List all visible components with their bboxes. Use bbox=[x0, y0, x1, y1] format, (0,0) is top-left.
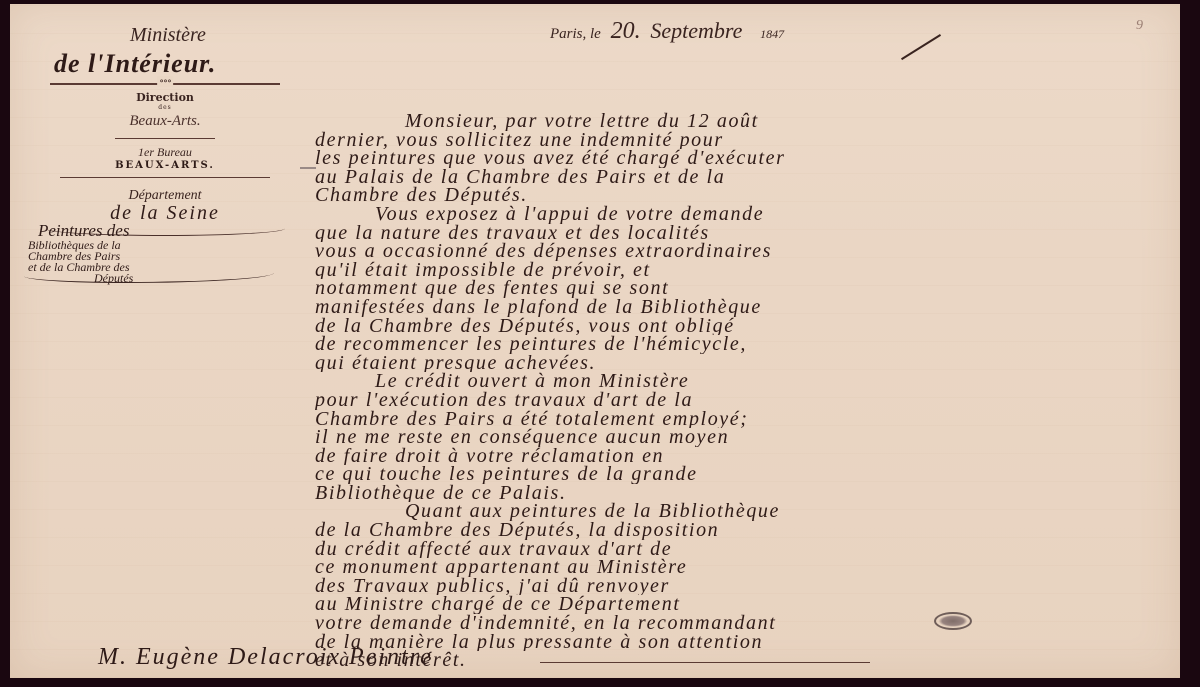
direction-label: Direction bbox=[30, 91, 300, 104]
body-line: ce monument appartenant au Ministère bbox=[315, 558, 1175, 577]
addressee: M. Eugène Delacroix Peintre bbox=[98, 644, 433, 671]
body-line: au Ministre chargé de ce Département bbox=[315, 595, 1175, 614]
body-line: les peintures que vous avez été chargé d… bbox=[315, 149, 1175, 168]
document-frame: Ministère de l'Intérieur. Direction des … bbox=[0, 0, 1200, 687]
date-day: 20. bbox=[611, 18, 641, 44]
letter-body: Monsieur, par votre lettre du 12 août de… bbox=[315, 112, 1175, 670]
des-label: des bbox=[30, 104, 300, 111]
body-line: et à son intérêt. bbox=[315, 651, 1175, 670]
body-line: votre demande d'indemnité, en la recomma… bbox=[315, 614, 1175, 633]
body-line: notamment que des fentes qui se sont bbox=[315, 279, 1175, 298]
body-line: pour l'exécution des travaux d'art de la bbox=[315, 391, 1175, 410]
date-place: Paris, le bbox=[550, 26, 601, 42]
body-line: de recommencer les peintures de l'hémicy… bbox=[315, 335, 1175, 354]
ministry-line-2: de l'Intérieur. bbox=[30, 49, 300, 79]
bureau-name: BEAUX-ARTS. bbox=[30, 160, 300, 171]
divider-rule-2 bbox=[60, 177, 270, 178]
folio-number: 9 bbox=[1136, 18, 1143, 34]
body-line: au Palais de la Chambre des Pairs et de … bbox=[315, 168, 1175, 187]
ornate-rule bbox=[50, 83, 280, 85]
body-line: Vous exposez à l'appui de votre demande bbox=[315, 205, 1175, 224]
body-line: dernier, vous sollicitez une indemnité p… bbox=[315, 131, 1175, 150]
bureau-label: 1er Bureau bbox=[30, 145, 300, 160]
body-line: Chambre des Députés. bbox=[315, 186, 1175, 205]
date-month: Septembre bbox=[650, 18, 742, 43]
beaux-arts-label: Beaux-Arts. bbox=[30, 113, 300, 130]
body-line: Le crédit ouvert à mon Ministère bbox=[315, 372, 1175, 391]
ministry-line-1: Ministère bbox=[70, 24, 300, 47]
body-line: Quant aux peintures de la Bibliothèque bbox=[315, 502, 1175, 521]
body-line: manifestées dans le plafond de la Biblio… bbox=[315, 298, 1175, 317]
date-flourish bbox=[901, 34, 941, 60]
letter-page: Ministère de l'Intérieur. Direction des … bbox=[10, 4, 1180, 678]
date-year: 1847 bbox=[760, 27, 784, 41]
body-line: Bibliothèque de ce Palais. bbox=[315, 484, 1175, 503]
divider-rule bbox=[115, 138, 215, 139]
margin-mark bbox=[300, 167, 316, 169]
body-line: qu'il était impossible de prévoir, et bbox=[315, 261, 1175, 280]
body-line: ce qui touche les peintures de la grande bbox=[315, 465, 1175, 484]
letterhead: Ministère de l'Intérieur. Direction des … bbox=[30, 24, 300, 236]
body-line: du crédit affecté aux travaux d'art de bbox=[315, 540, 1175, 559]
body-line: Monsieur, par votre lettre du 12 août bbox=[315, 112, 1175, 131]
addressee-underline bbox=[540, 662, 870, 663]
body-line: vous a occasionné des dépenses extraordi… bbox=[315, 242, 1175, 261]
body-line: Chambre des Pairs a été totalement emplo… bbox=[315, 410, 1175, 429]
dateline: Paris, le 20. Septembre 1847 bbox=[550, 18, 784, 45]
body-line: de la Chambre des Députés, vous ont obli… bbox=[315, 317, 1175, 336]
body-line: que la nature des travaux et des localit… bbox=[315, 224, 1175, 243]
archive-stamp-icon bbox=[934, 612, 972, 630]
body-line: de faire droit à votre réclamation en bbox=[315, 447, 1175, 466]
body-line: qui étaient presque achevées. bbox=[315, 354, 1175, 373]
body-line: il ne me reste en conséquence aucun moye… bbox=[315, 428, 1175, 447]
body-line: des Travaux publics, j'ai dû renvoyer bbox=[315, 577, 1175, 596]
body-line: de la manière la plus pressante à son at… bbox=[315, 633, 1175, 652]
body-line: de la Chambre des Députés, la dispositio… bbox=[315, 521, 1175, 540]
